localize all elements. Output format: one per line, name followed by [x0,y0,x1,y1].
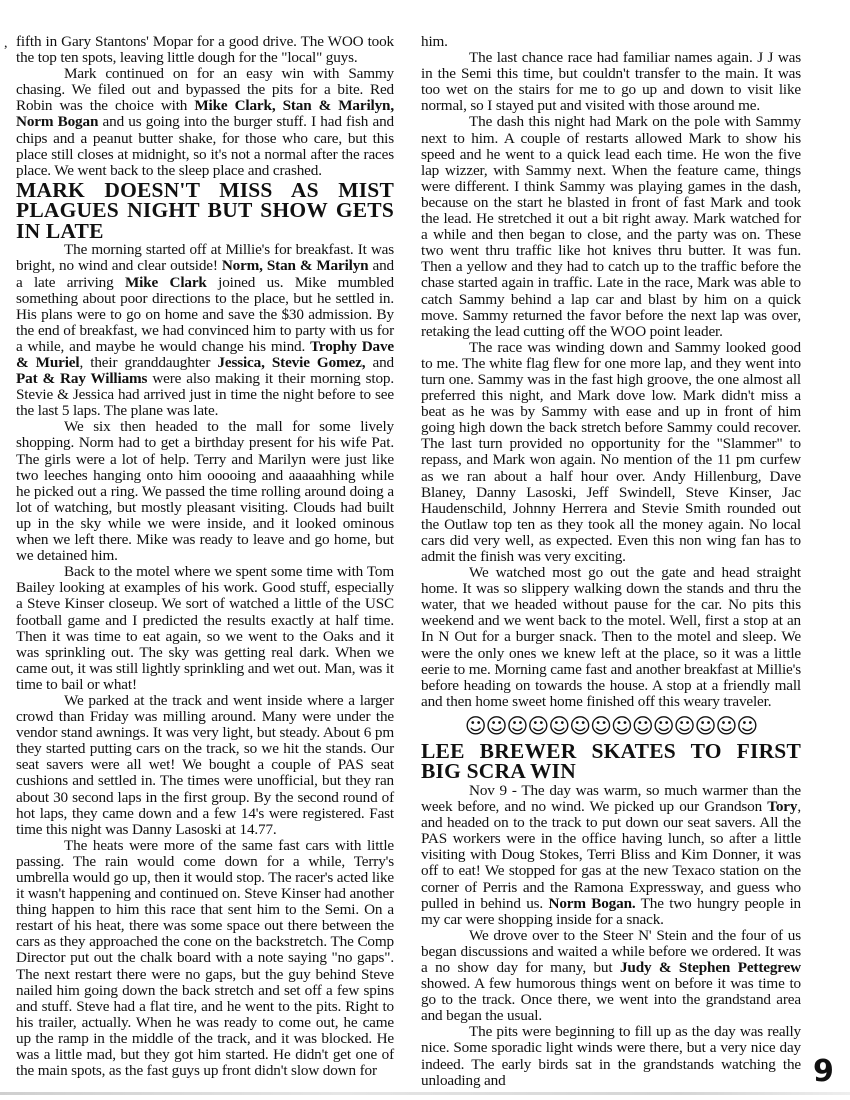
article-headline: MARK DOESN'T MISS AS MIST PLAGUES NIGHT … [16,180,394,242]
paragraph: The dash this night had Mark on the pole… [421,114,801,339]
bold-names: Mike Clark [125,274,207,291]
page-number: 9 [813,1054,834,1089]
margin-mark: , [4,36,8,52]
paragraph: Mark continued on for an easy win with S… [16,66,394,179]
scan-edge-divider [0,1092,850,1095]
left-column: fifth in Gary Stantons' Mopar for a good… [16,34,394,1079]
bold-names: Norm Bogan. [549,895,636,912]
paragraph: The race was winding down and Sammy look… [421,340,801,565]
paragraph: him. [421,34,801,50]
paragraph: We parked at the track and went inside w… [16,693,394,838]
bold-names: Norm, Stan & Marilyn [222,257,369,274]
bold-names: Tory [767,798,797,815]
paragraph: We drove over to the Steer N' Stein and … [421,928,801,1025]
newsletter-page: , fifth in Gary Stantons' Mopar for a go… [0,0,850,1100]
right-column: him. The last chance race had familiar n… [421,34,801,1089]
paragraph: Back to the motel where we spent some ti… [16,564,394,693]
bold-names: Pat & Ray Williams [16,370,147,387]
paragraph: fifth in Gary Stantons' Mopar for a good… [16,34,394,66]
paragraph: The heats were more of the same fast car… [16,838,394,1079]
paragraph: The morning started off at Millie's for … [16,242,394,419]
article-headline: LEE BREWER SKATES TO FIRST BIG SCRA WIN [421,741,801,782]
paragraph: The last chance race had familiar names … [421,50,801,114]
bold-names: Judy & Stephen Pettegrew [620,959,801,976]
paragraph: We six then headed to the mall for some … [16,419,394,564]
smiley-face-icon-divider: ☺☺☺☺☺☺☺☺☺☺☺☺☺☺ [421,714,801,738]
paragraph: Nov 9 - The day was warm, so much warmer… [421,783,801,928]
paragraph: The pits were beginning to fill up as th… [421,1024,801,1088]
bold-names: Jessica, Stevie Gomez, [217,354,365,371]
paragraph: We watched most go out the gate and head… [421,565,801,710]
